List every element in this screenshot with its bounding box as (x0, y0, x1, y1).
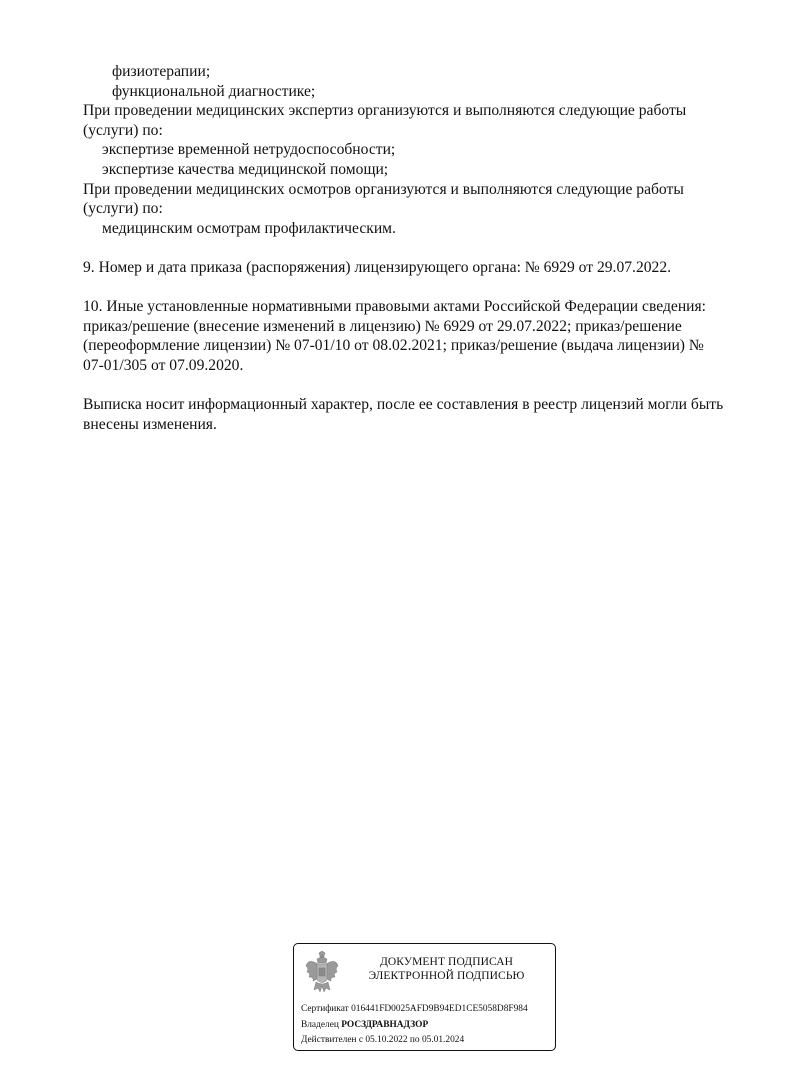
list-item: физиотерапии; (83, 62, 763, 82)
list-item: экспертизе качества медицинской помощи; (83, 160, 763, 180)
signature-title-line: ДОКУМЕНТ ПОДПИСАН (344, 955, 549, 969)
paragraph-line: (услуги) по: (83, 121, 763, 141)
valid-from: 05.10.2022 (365, 1035, 407, 1045)
electronic-signature-stamp: ДОКУМЕНТ ПОДПИСАН ЭЛЕКТРОННОЙ ПОДПИСЬЮ С… (293, 943, 556, 1051)
paragraph-line: внесены изменения. (83, 415, 763, 435)
certificate-value: 016441FD0025AFD9B94ED1CE5058D8F984 (351, 1004, 528, 1014)
validity-to-label: по (410, 1035, 420, 1045)
validity-row: Действителен с 05.10.2022 по 05.01.2024 (301, 1033, 528, 1049)
owner-value: РОСЗДРАВНАДЗОР (341, 1020, 428, 1030)
validity-label: Действителен с (301, 1035, 363, 1045)
signature-title-line: ЭЛЕКТРОННОЙ ПОДПИСЬЮ (344, 969, 549, 983)
owner-label: Владелец (301, 1020, 339, 1030)
section-9: 9. Номер и дата приказа (распоряжения) л… (83, 258, 763, 278)
certificate-row: Сертификат 016441FD0025AFD9B94ED1CE5058D… (301, 1002, 528, 1018)
paragraph-line: 07-01/305 от 07.09.2020. (83, 356, 763, 376)
spacer (83, 376, 763, 396)
disclaimer: Выписка носит информационный характер, п… (83, 395, 763, 434)
signature-title: ДОКУМЕНТ ПОДПИСАН ЭЛЕКТРОННОЙ ПОДПИСЬЮ (344, 955, 549, 983)
valid-to: 05.01.2024 (422, 1035, 464, 1045)
document-body: физиотерапии; функциональной диагностике… (83, 62, 763, 434)
paragraph-line: (услуги) по: (83, 199, 763, 219)
owner-row: Владелец РОСЗДРАВНАДЗОР (301, 1018, 528, 1034)
paragraph-line: приказ/решение (внесение изменений в лиц… (83, 317, 763, 337)
section-10: 10. Иные установленные нормативными прав… (83, 297, 763, 375)
signature-details: Сертификат 016441FD0025AFD9B94ED1CE5058D… (301, 1002, 528, 1049)
paragraph-line: При проведении медицинских экспертиз орг… (83, 101, 763, 121)
list-item: медицинским осмотрам профилактическим. (83, 219, 763, 239)
paragraph-line: Выписка носит информационный характер, п… (83, 395, 763, 415)
coat-of-arms-icon (304, 950, 340, 996)
spacer (83, 278, 763, 298)
paragraph-line: 10. Иные установленные нормативными прав… (83, 297, 763, 317)
paragraph-line: (переоформление лицензии) № 07-01/10 от … (83, 336, 763, 356)
paragraph-line: При проведении медицинских осмотров орга… (83, 180, 763, 200)
list-item: экспертизе временной нетрудоспособности; (83, 140, 763, 160)
document-page: физиотерапии; функциональной диагностике… (0, 0, 800, 1065)
certificate-label: Сертификат (301, 1004, 349, 1014)
spacer (83, 238, 763, 258)
list-item: функциональной диагностике; (83, 82, 763, 102)
